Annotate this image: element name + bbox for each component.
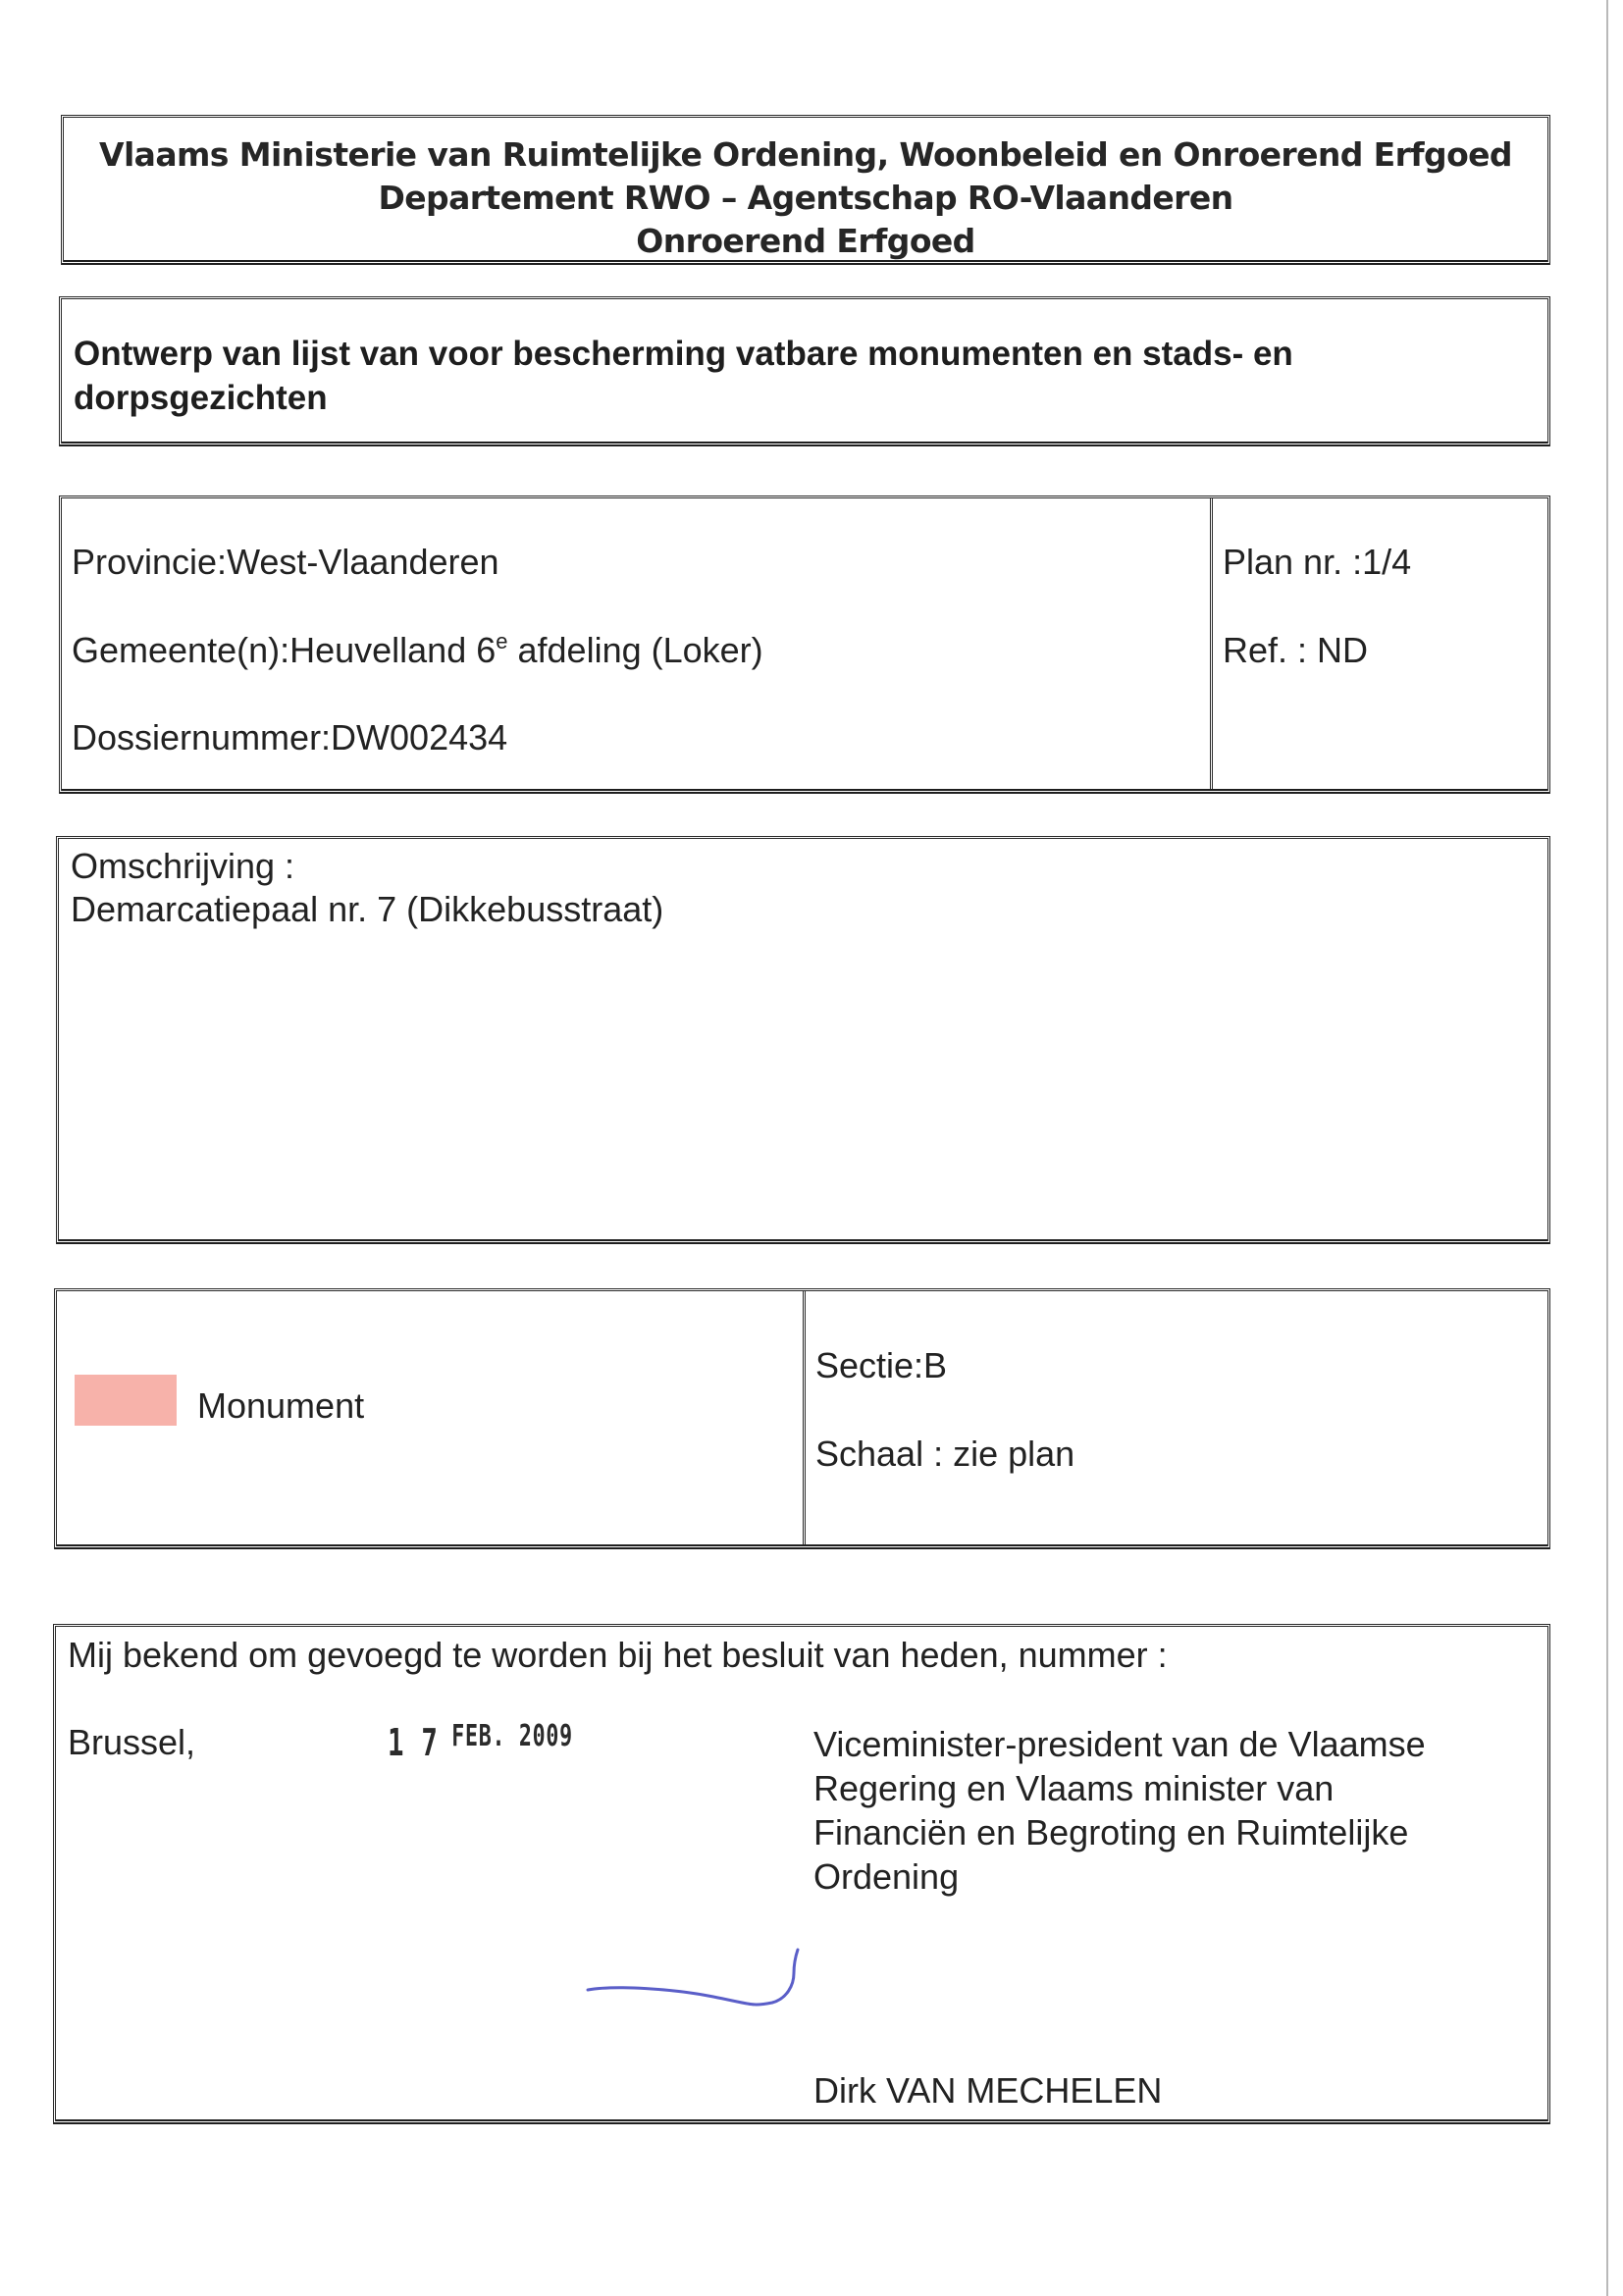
gemeente-field: Gemeente(n):Heuvelland 6e afdeling (Loke…	[72, 630, 763, 671]
date-stamp-month-year: FEB. 2009	[451, 1719, 573, 1753]
signatory-title-line: Viceminister-president van de Vlaamse	[813, 1722, 1520, 1766]
schaal-field: Schaal : zie plan	[815, 1434, 1074, 1475]
dossiernummer-field: Dossiernummer:DW002434	[72, 717, 507, 758]
document-title: Ontwerp van lijst van voor bescherming v…	[74, 332, 1538, 420]
plan-details: Plan nr. :1/4 Ref. : ND	[1213, 498, 1547, 789]
date-stamp: 1 7 FEB. 2009	[388, 1711, 573, 1754]
signatory-title: Viceminister-president van de Vlaamse Re…	[813, 1722, 1520, 1899]
ministry-name: Vlaams Ministerie van Ruimtelijke Ordeni…	[64, 133, 1547, 177]
legend-box: Monument Sectie:B Schaal : zie plan	[54, 1288, 1550, 1549]
sectie-field: Sectie:B	[815, 1345, 947, 1386]
description-label: Omschrijving :	[71, 845, 1547, 888]
decision-statement: Mij bekend om gevoegd te worden bij het …	[68, 1635, 1168, 1676]
signatory-title-line: Ordening	[813, 1854, 1520, 1899]
description-value: Demarcatiepaal nr. 7 (Dikkebusstraat)	[71, 888, 1547, 931]
gemeente-division: afdeling (Loker)	[508, 630, 763, 670]
ministry-header: Vlaams Ministerie van Ruimtelijke Ordeni…	[61, 115, 1550, 265]
date-stamp-day: 1 7	[388, 1721, 439, 1764]
scan-edge-line	[1606, 0, 1608, 2296]
gemeente-superscript: e	[496, 629, 507, 653]
provincie-field: Provincie:West-Vlaanderen	[72, 542, 499, 583]
section-scale-info: Sectie:B Schaal : zie plan	[806, 1291, 1547, 1544]
signing-place: Brussel,	[68, 1722, 195, 1763]
document-title-box: Ontwerp van lijst van voor bescherming v…	[59, 296, 1550, 446]
description-box: Omschrijving : Demarcatiepaal nr. 7 (Dik…	[56, 836, 1550, 1244]
signatory-name: Dirk VAN MECHELEN	[813, 2070, 1162, 2112]
location-details: Provincie:West-Vlaanderen Gemeente(n):He…	[62, 498, 1213, 789]
monument-color-swatch	[75, 1375, 177, 1426]
location-info-box: Provincie:West-Vlaanderen Gemeente(n):He…	[59, 496, 1550, 794]
department-name: Departement RWO – Agentschap RO-Vlaander…	[64, 177, 1547, 220]
signatory-title-line: Financiën en Begroting en Ruimtelijke	[813, 1810, 1520, 1854]
signatory-title-line: Regering en Vlaams minister van	[813, 1766, 1520, 1810]
gemeente-text: Gemeente(n):Heuvelland 6	[72, 630, 496, 670]
agency-name: Onroerend Erfgoed	[64, 220, 1547, 263]
handwritten-signature-icon	[586, 1946, 821, 2024]
reference-field: Ref. : ND	[1223, 630, 1368, 671]
legend: Monument	[57, 1291, 806, 1544]
signature-box: Mij bekend om gevoegd te worden bij het …	[53, 1624, 1550, 2124]
legend-label-monument: Monument	[197, 1385, 364, 1427]
plan-number-field: Plan nr. :1/4	[1223, 542, 1411, 583]
